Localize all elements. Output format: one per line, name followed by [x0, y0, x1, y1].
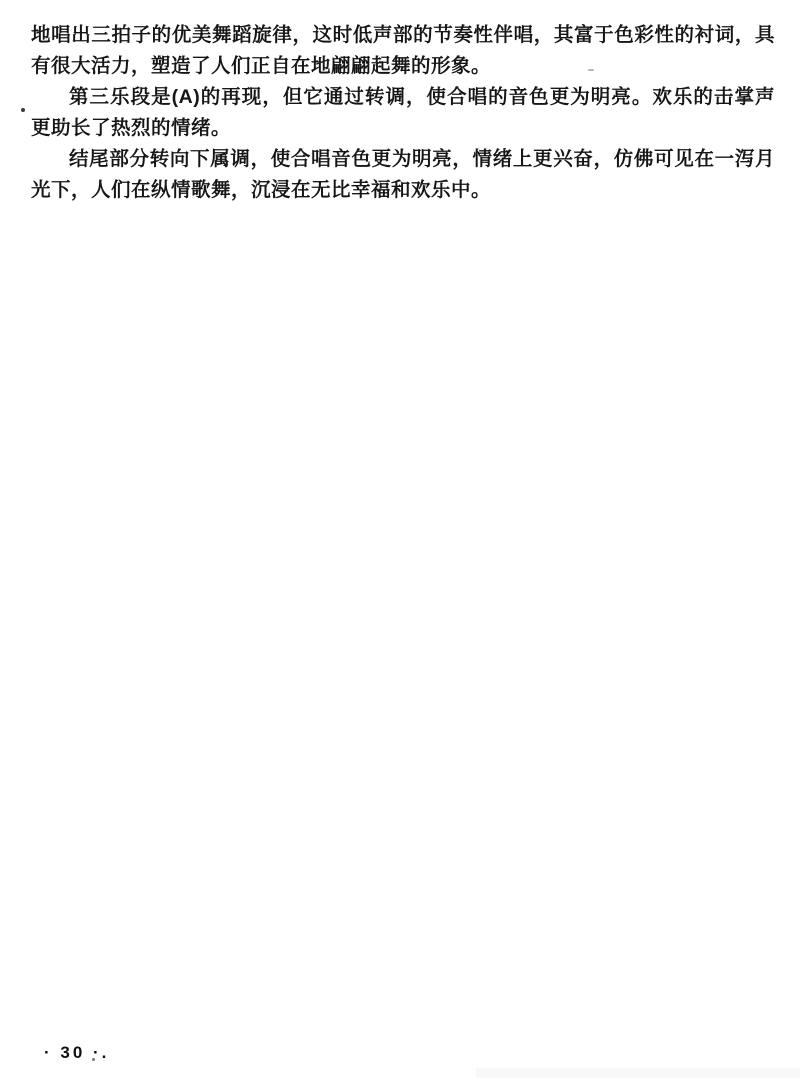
- text-line: 结尾部分转向下属调，使合唱音色更为明亮，情绪上更兴奋，仿佛可见在一泻月: [31, 144, 775, 175]
- text-line: 地唱出三拍子的优美舞蹈旋律，这时低声部的节奏性伴唱，其富于色彩性的衬词，具: [31, 20, 775, 51]
- scan-speck: [757, 96, 760, 99]
- scan-speck: [92, 1058, 95, 1061]
- scan-speck: [21, 108, 25, 112]
- scan-edge-artifact: [476, 1068, 800, 1078]
- text-line: 更助长了热烈的情绪。: [31, 113, 775, 144]
- page-number: · 30 ·.: [44, 1043, 109, 1063]
- scan-speck: [62, 121, 65, 123]
- text-line: 第三乐段是(A)的再现，但它通过转调，使合唱的音色更为明亮。欢乐的击掌声: [31, 82, 775, 113]
- document-page: 地唱出三拍子的优美舞蹈旋律，这时低声部的节奏性伴唱，其富于色彩性的衬词，具 有很…: [0, 0, 800, 1089]
- text-line: 有很大活力，塑造了人们正自在地翩翩起舞的形象。: [31, 51, 775, 82]
- scan-speck: [588, 69, 594, 71]
- body-text: 地唱出三拍子的优美舞蹈旋律，这时低声部的节奏性伴唱，其富于色彩性的衬词，具 有很…: [31, 20, 775, 206]
- text-line: 光下，人们在纵情歌舞，沉浸在无比幸福和欢乐中。: [31, 175, 775, 206]
